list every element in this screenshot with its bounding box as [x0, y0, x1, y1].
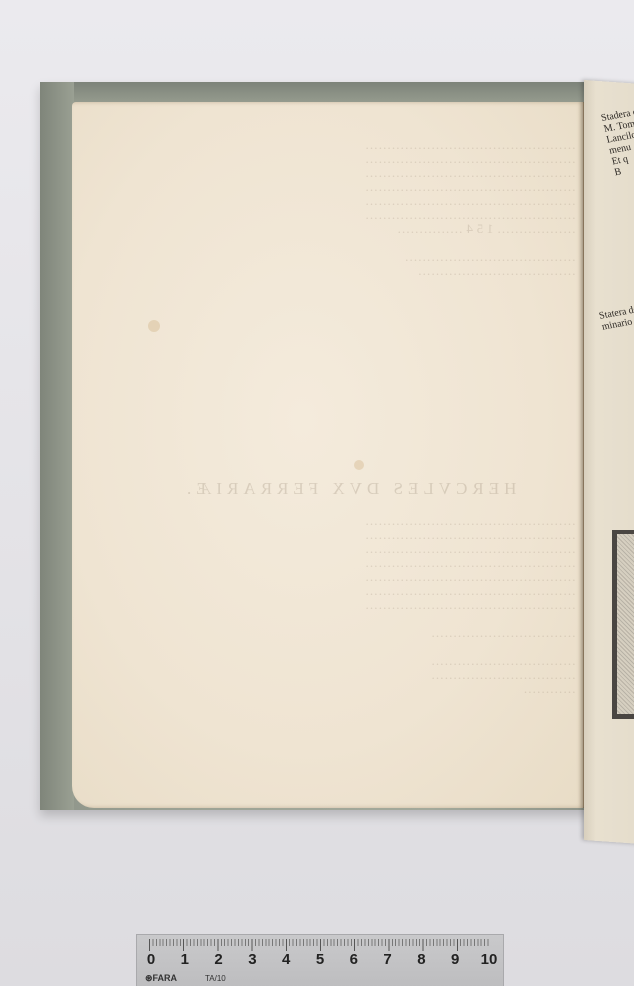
- ruler-number: 9: [445, 951, 465, 971]
- ruler-number: 5: [310, 951, 330, 971]
- ruler-number: 1: [175, 951, 195, 971]
- foxing-stain: [148, 320, 160, 332]
- showthrough-text-top: ………………………………………… ………………………………………… …………………: [156, 138, 576, 278]
- ruler-number: 4: [276, 951, 296, 971]
- ruler-number: 8: [411, 951, 431, 971]
- ruler-number: 6: [344, 951, 364, 971]
- cover-top-fold: [40, 82, 600, 104]
- foxing-stain: [354, 460, 364, 470]
- ruler-numbers: 0 1 2 3 4 5 6 7 8 9 10: [141, 951, 499, 971]
- ruler-number: 10: [479, 951, 499, 971]
- cover-left-fold: [40, 82, 74, 810]
- right-page: Stadera del M. Tomas Lancilo menu Et q B…: [584, 80, 634, 844]
- right-page-caption-text: Statera delel minario aqu: [598, 302, 634, 332]
- woodcut-illustration: [612, 530, 634, 719]
- ruler-number: 7: [378, 951, 398, 971]
- ruler-brand-logo: ⊛FARA: [145, 973, 177, 984]
- right-page-heading-text: Stadera del M. Tomas Lancilo menu Et q B: [600, 105, 634, 178]
- ruler-number: 2: [209, 951, 229, 971]
- scale-ruler: 0 1 2 3 4 5 6 7 8 9 10 ⊛FARA TA/10: [136, 934, 504, 986]
- ruler-number: 3: [242, 951, 262, 971]
- showthrough-text-bottom: ………………………………………… ………………………………………… …………………: [156, 514, 576, 696]
- ruler-model-label: TA/10: [205, 974, 226, 983]
- left-page: ………………………………………… ………………………………………… …………………: [72, 102, 584, 808]
- showthrough-heading: HERCVLES DVX FERRARIÆ.: [182, 482, 516, 496]
- ruler-number: 0: [141, 951, 161, 971]
- ruler-ticks: [149, 939, 491, 951]
